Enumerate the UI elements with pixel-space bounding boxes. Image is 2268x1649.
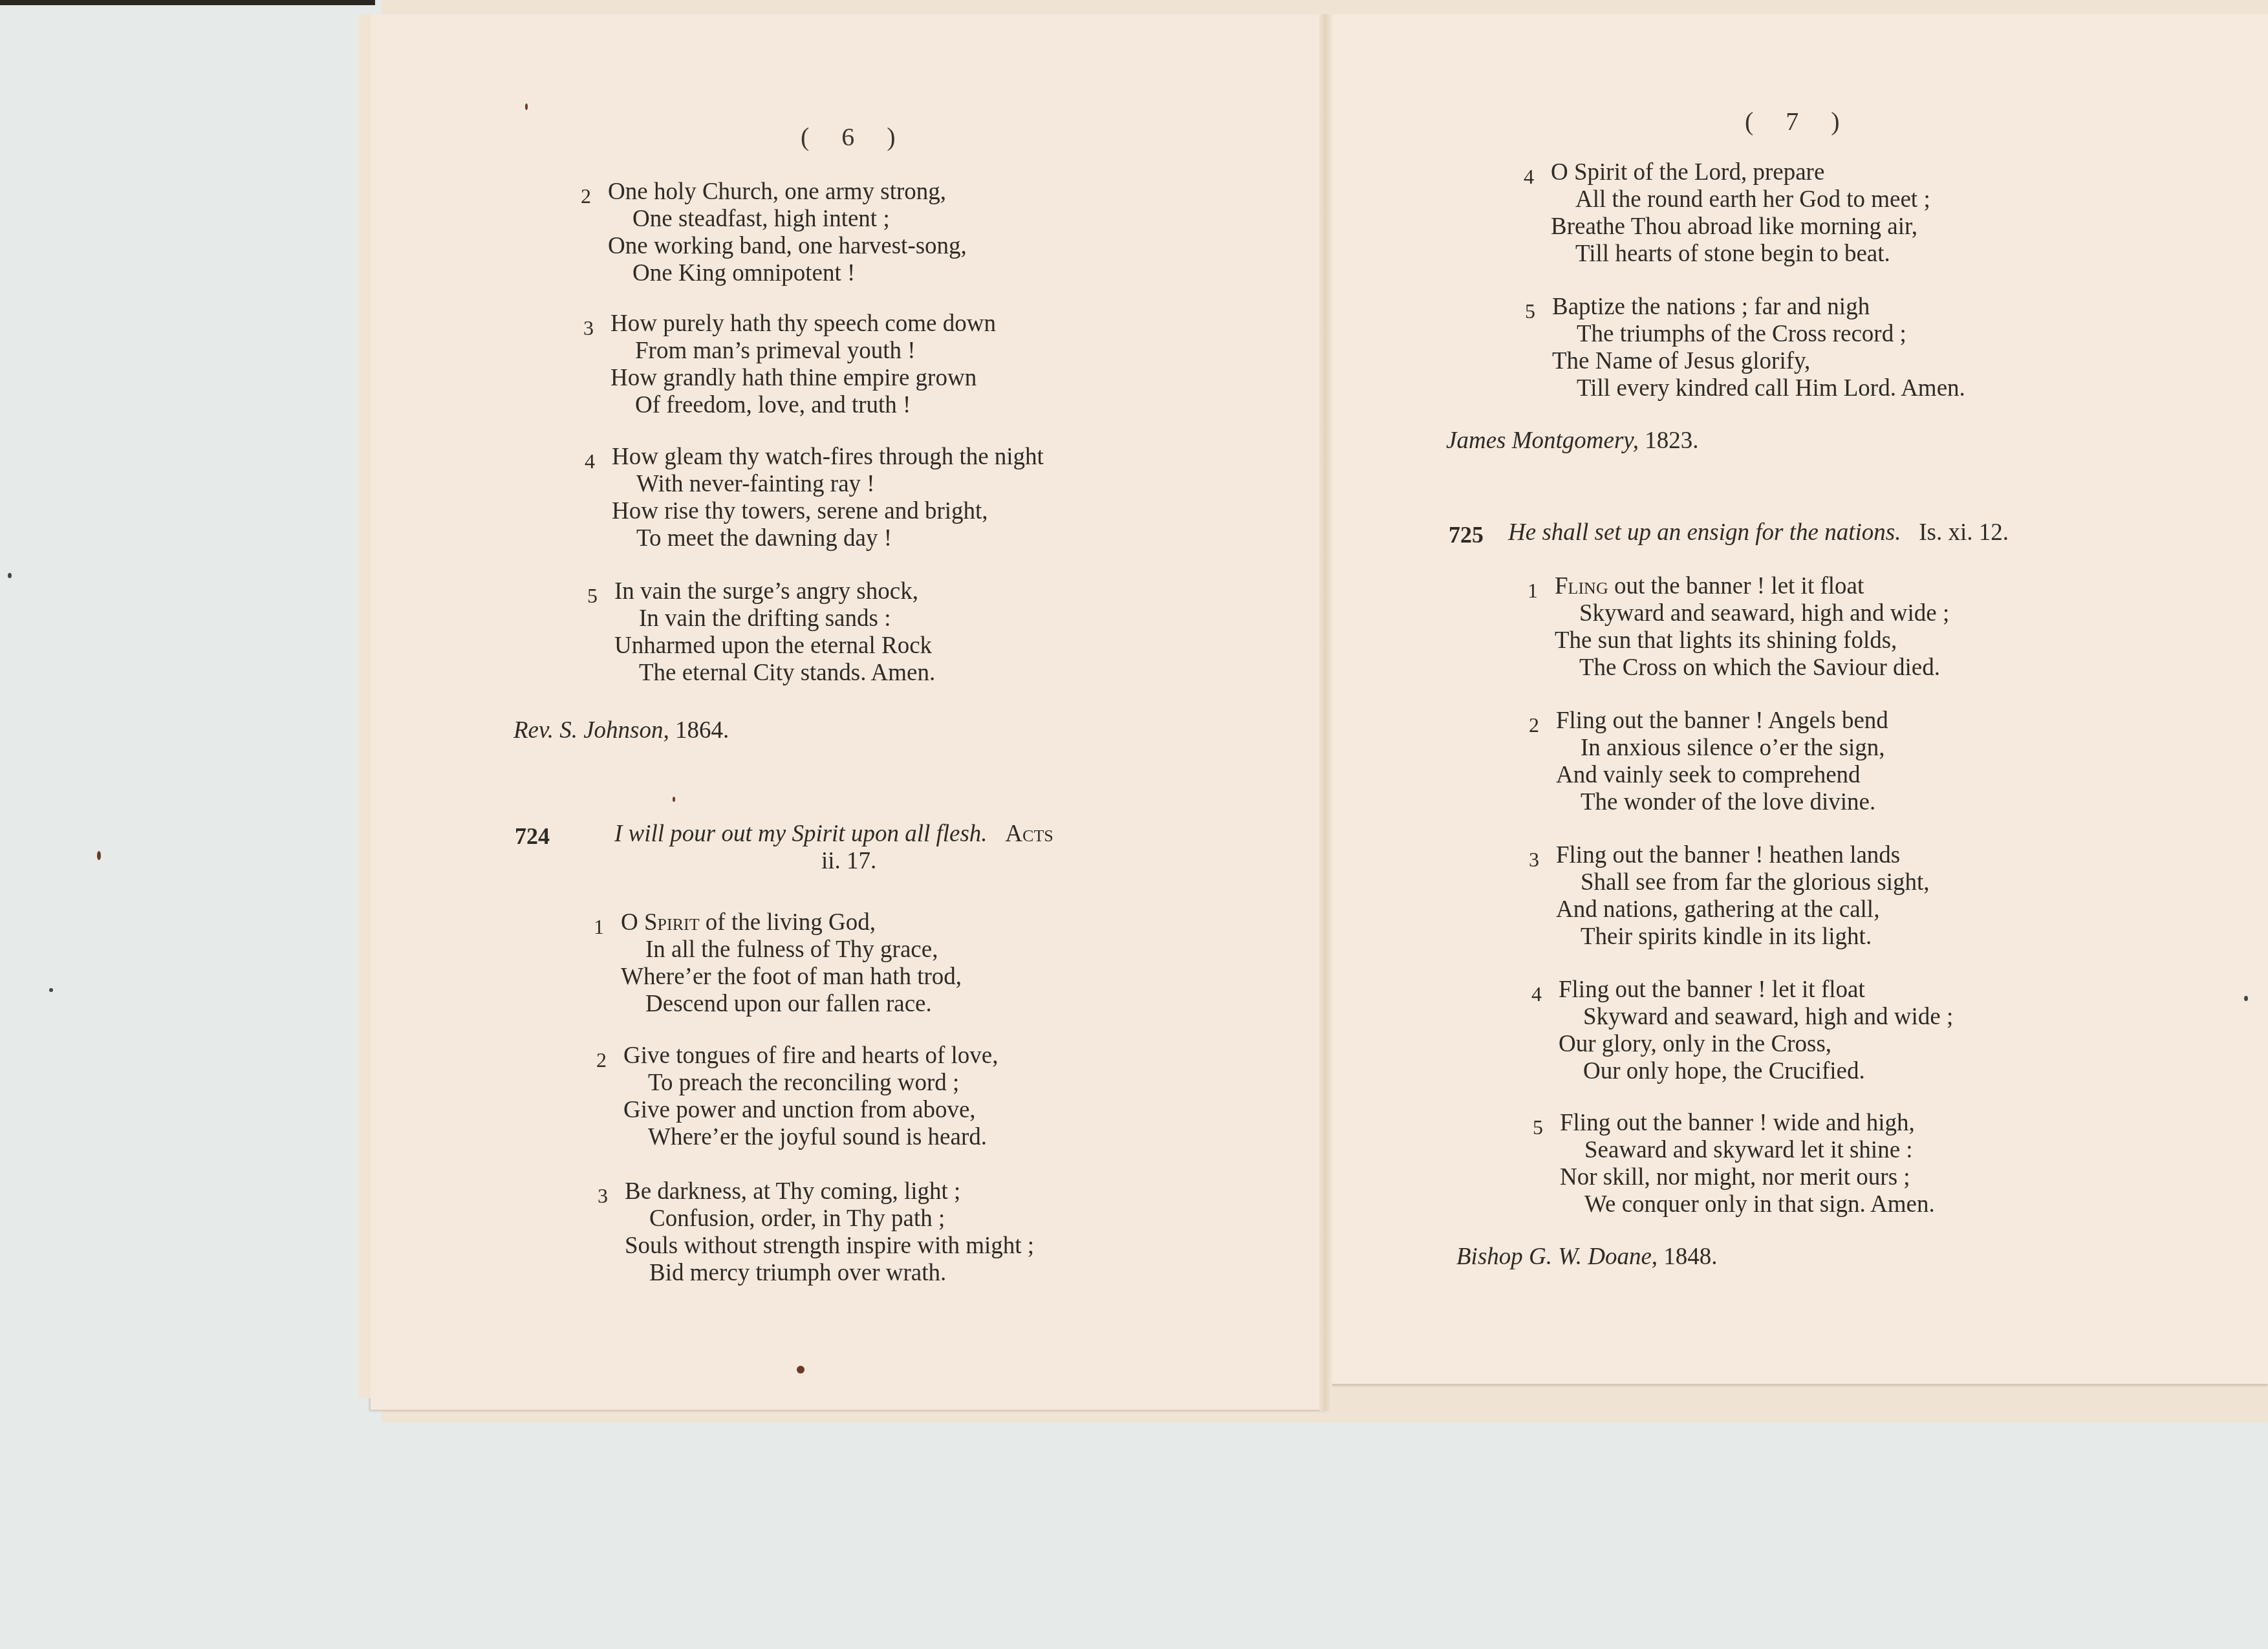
verse-line: And nations, gathering at the call, bbox=[1556, 896, 1929, 923]
verse-line: In all the fulness of Thy grace, bbox=[621, 936, 962, 964]
hymn-number: 725 bbox=[1449, 521, 1484, 548]
verse-line: Where’er the joyful sound is heard. bbox=[623, 1124, 998, 1151]
verse-line: All the round earth her God to meet ; bbox=[1551, 186, 1930, 213]
verse-small-caps: Spirit bbox=[644, 909, 700, 936]
verse-number: 1 bbox=[1528, 577, 1538, 604]
dust-speck bbox=[8, 573, 12, 578]
verse-line: Give tongues of fire and hearts of love, bbox=[623, 1042, 998, 1070]
hymn-724-verse-5: 5 Baptize the nations ; far and nigh The… bbox=[1552, 294, 1965, 402]
author-name: James Montgomery, bbox=[1446, 427, 1639, 454]
verse-number: 5 bbox=[587, 582, 598, 609]
verse-line: The wonder of the love divine. bbox=[1556, 789, 1888, 816]
author-attribution: James Montgomery, 1823. bbox=[1446, 427, 1699, 455]
author-attribution: Rev. S. Johnson, 1864. bbox=[513, 717, 729, 744]
author-year: 1864. bbox=[675, 717, 729, 744]
verse-line: One working band, one harvest-song, bbox=[608, 233, 967, 260]
author-name: Rev. S. Johnson, bbox=[513, 717, 669, 744]
verse-line: Give power and unction from above, bbox=[623, 1097, 998, 1124]
dust-speck bbox=[97, 851, 101, 860]
verse-line: out the banner ! let it float bbox=[1608, 573, 1864, 599]
verse-line: Their spirits kindle in its light. bbox=[1556, 923, 1929, 951]
verse-line: Seaward and skyward let it shine : bbox=[1560, 1137, 1935, 1164]
verse-line: Till hearts of stone begin to beat. bbox=[1551, 241, 1930, 268]
hymn-725-verse-2: 2 Fling out the banner ! Angels bend In … bbox=[1556, 707, 1888, 816]
verse-line: Of freedom, love, and truth ! bbox=[610, 392, 996, 419]
verse-line: The sun that lights its shining folds, bbox=[1555, 627, 1949, 654]
hymn-scripture-text: He shall set up an ensign for the nation… bbox=[1508, 519, 1901, 546]
verse-line: Nor skill, nor might, nor merit ours ; bbox=[1560, 1164, 1935, 1191]
verse-first-word: O bbox=[621, 909, 638, 936]
verse-number: 3 bbox=[1529, 846, 1539, 873]
verse-line: To meet the dawning day ! bbox=[612, 525, 1044, 552]
hymn-724-verse-1: 1 O Spirit of the living God, In all the… bbox=[621, 909, 962, 1018]
verse-line: Fling out the banner ! wide and high, bbox=[1560, 1110, 1935, 1137]
verse-line: The Cross on which the Saviour died. bbox=[1555, 654, 1949, 682]
verse-number: 1 bbox=[594, 913, 604, 940]
verse-number: 2 bbox=[596, 1046, 607, 1073]
verse-line: Fling out the banner ! Angels bend bbox=[1556, 707, 1888, 735]
hymn-number: 724 bbox=[515, 823, 550, 850]
author-year: 1823. bbox=[1645, 427, 1698, 454]
verse-line: Our glory, only in the Cross, bbox=[1559, 1031, 1953, 1058]
verse-line: Till every kindred call Him Lord. Amen. bbox=[1552, 375, 1965, 402]
verse-line: Bid mercy triumph over wrath. bbox=[625, 1260, 1034, 1287]
verse-line: With never-fainting ray ! bbox=[612, 471, 1044, 498]
verse-line: Fling out the banner ! let it float bbox=[1559, 976, 1953, 1004]
hymn-scripture-ref: Acts bbox=[1005, 821, 1053, 847]
verse-line: Baptize the nations ; far and nigh bbox=[1552, 294, 1965, 321]
verse-line: The eternal City stands. Amen. bbox=[614, 660, 935, 687]
verse-line: In anxious silence o’er the sign, bbox=[1556, 735, 1888, 762]
verse-number: 5 bbox=[1525, 297, 1535, 325]
verse-line: Souls without strength inspire with migh… bbox=[625, 1233, 1034, 1260]
verse-number: 3 bbox=[598, 1182, 608, 1209]
verse-line: Breathe Thou abroad like morning air, bbox=[1551, 213, 1930, 241]
verse-5: 5 In vain the surge’s angry shock, In va… bbox=[614, 578, 935, 687]
page-number-right: ( 7 ) bbox=[1745, 106, 1853, 136]
verse-line: Skyward and seaward, high and wide ; bbox=[1559, 1004, 1953, 1031]
paper-speck bbox=[525, 103, 528, 110]
verse-line: Shall see from far the glorious sight, bbox=[1556, 869, 1929, 896]
verse-line: How grandly hath thine empire grown bbox=[610, 365, 996, 392]
verse-number: 5 bbox=[1533, 1114, 1543, 1141]
verse-line: The Name of Jesus glorify, bbox=[1552, 348, 1965, 375]
hymn-725-verse-1: 1 Fling out the banner ! let it float Sk… bbox=[1555, 573, 1949, 682]
center-fold bbox=[1319, 14, 1332, 1411]
verse-number: 4 bbox=[1531, 980, 1542, 1008]
paper-speck bbox=[797, 1366, 805, 1374]
verse-line: of the living God, bbox=[700, 909, 876, 936]
verse-3: 3 How purely hath thy speech come down F… bbox=[610, 310, 996, 419]
author-name: Bishop G. W. Doane, bbox=[1456, 1244, 1658, 1270]
hymn-724-verse-3: 3 Be darkness, at Thy coming, light ; Co… bbox=[625, 1178, 1034, 1287]
verse-line: How rise thy towers, serene and bright, bbox=[612, 498, 1044, 525]
verse-line: In vain the surge’s angry shock, bbox=[614, 578, 935, 605]
dust-speck bbox=[49, 988, 53, 992]
verse-4: 4 How gleam thy watch-fires through the … bbox=[612, 444, 1044, 552]
hymn-724-verse-2: 2 Give tongues of fire and hearts of lov… bbox=[623, 1042, 998, 1151]
verse-line: And vainly seek to comprehend bbox=[1556, 762, 1888, 789]
verse-2: 2 One holy Church, one army strong, One … bbox=[608, 178, 967, 287]
verse-line: How purely hath thy speech come down bbox=[610, 310, 996, 338]
verse-line: O Spirit of the Lord, prepare bbox=[1551, 159, 1930, 186]
scanner-edge-shadow bbox=[0, 0, 375, 5]
verse-line: One King omnipotent ! bbox=[608, 260, 967, 287]
verse-line: How gleam thy watch-fires through the ni… bbox=[612, 444, 1044, 471]
verse-line: The triumphs of the Cross record ; bbox=[1552, 321, 1965, 348]
hymn-725-verse-4: 4 Fling out the banner ! let it float Sk… bbox=[1559, 976, 1953, 1085]
paper-speck bbox=[673, 797, 675, 802]
dust-speck bbox=[2244, 996, 2248, 1001]
hymn-724-verse-4: 4 O Spirit of the Lord, prepare All the … bbox=[1551, 159, 1930, 268]
author-year: 1848. bbox=[1663, 1244, 1717, 1270]
page-number-left: ( 6 ) bbox=[801, 122, 909, 152]
verse-line: From man’s primeval youth ! bbox=[610, 338, 996, 365]
verse-line: Our only hope, the Crucified. bbox=[1559, 1058, 1953, 1085]
verse-line: One holy Church, one army strong, bbox=[608, 178, 967, 206]
page-edge bbox=[359, 14, 371, 1398]
verse-line: To preach the reconciling word ; bbox=[623, 1070, 998, 1097]
verse-number: 2 bbox=[581, 182, 591, 210]
verse-line: Where’er the foot of man hath trod, bbox=[621, 964, 962, 991]
verse-number: 4 bbox=[585, 447, 595, 475]
hymn-725-verse-3: 3 Fling out the banner ! heathen lands S… bbox=[1556, 842, 1929, 951]
hymn-725-verse-5: 5 Fling out the banner ! wide and high, … bbox=[1560, 1110, 1935, 1218]
verse-line: Be darkness, at Thy coming, light ; bbox=[625, 1178, 1034, 1205]
verse-line: In vain the drifting sands : bbox=[614, 605, 935, 632]
verse-small-caps: Fling bbox=[1555, 573, 1608, 599]
verse-line: One steadfast, high intent ; bbox=[608, 206, 967, 233]
verse-number: 2 bbox=[1529, 711, 1539, 738]
hymn-scripture-ref-cont: ii. 17. bbox=[821, 847, 876, 875]
verse-line: Fling out the banner ! heathen lands bbox=[1556, 842, 1929, 869]
author-attribution: Bishop G. W. Doane, 1848. bbox=[1456, 1243, 1718, 1271]
verse-number: 4 bbox=[1524, 163, 1534, 190]
hymn-scripture-ref: Is. xi. 12. bbox=[1919, 519, 2009, 546]
verse-line: Skyward and seaward, high and wide ; bbox=[1555, 600, 1949, 627]
verse-line: Descend upon our fallen race. bbox=[621, 991, 962, 1018]
verse-line: Unharmed upon the eternal Rock bbox=[614, 632, 935, 660]
hymn-scripture-text: I will pour out my Spirit upon all flesh… bbox=[614, 821, 988, 847]
verse-line: Confusion, order, in Thy path ; bbox=[625, 1205, 1034, 1233]
verse-number: 3 bbox=[583, 314, 594, 341]
verse-line: We conquer only in that sign. Amen. bbox=[1560, 1191, 1935, 1218]
